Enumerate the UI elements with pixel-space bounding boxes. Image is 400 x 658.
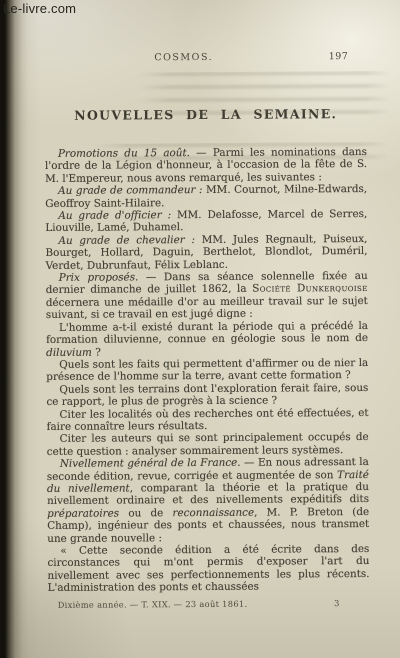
paragraph: Au grade de chevalier : MM. Jules Regnau… (45, 233, 367, 272)
paragraph: Quels sont les terrains dont l'explorati… (46, 382, 368, 409)
paragraph: Promotions du 15 août. — Parmi les nomin… (45, 146, 367, 185)
le-livre-watermark: Le-livre.com (3, 1, 76, 16)
journal-title: COSMOS. (154, 52, 213, 63)
paragraph: Au grade de commandeur : MM. Cournot, Mi… (45, 183, 367, 210)
book-page-scan: Le-livre.com COSMOS. 197 NOUVELLES DE LA… (0, 0, 400, 658)
paragraph: Citer les auteurs qui se sont principale… (47, 431, 369, 458)
signature-number: 3 (334, 598, 340, 608)
paragraph: L'homme a-t-il existé durant la période … (46, 320, 368, 359)
page-number: 197 (213, 51, 366, 63)
paragraph: Citer les localités où des recherches on… (46, 407, 368, 434)
article-body: Promotions du 15 août. — Parmi les nomin… (45, 146, 370, 595)
paragraph: « Cette seconde édition a été écrite dan… (47, 543, 369, 595)
running-header: COSMOS. 197 (44, 51, 366, 64)
footer-imprint: Dixième année. — T. XIX. — 23 août 1861. (58, 598, 248, 609)
footer-imprint-line: Dixième année. — T. XIX. — 23 août 1861.… (48, 598, 370, 610)
paragraph: Quels sont les faits qui permettent d'af… (46, 357, 368, 384)
section-heading: NOUVELLES DE LA SEMAINE. (45, 106, 367, 123)
page-content: COSMOS. 197 NOUVELLES DE LA SEMAINE. Pro… (0, 0, 400, 658)
paragraph: Nivellement général de la France. — En n… (47, 456, 370, 545)
paragraph: Prix proposés. — Dans sa séance solennel… (46, 270, 368, 322)
paragraph: Au grade d'officier : MM. Delafosse, Mar… (45, 208, 367, 235)
